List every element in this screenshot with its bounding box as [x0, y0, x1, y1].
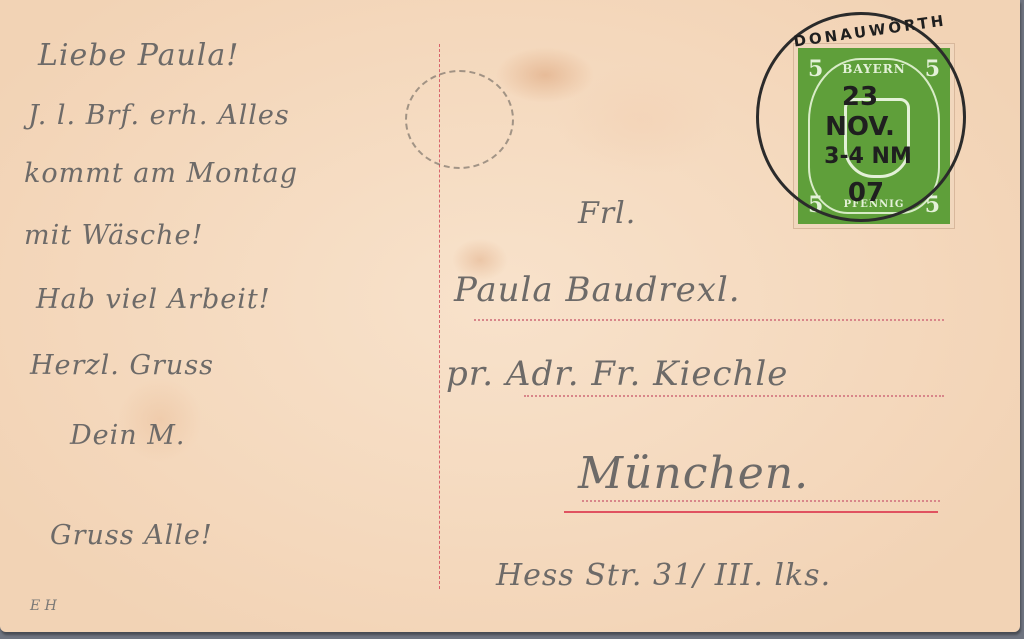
- postmark-time: 3-4 NM: [808, 144, 928, 169]
- message-line-1: Liebe Paula!: [38, 38, 239, 73]
- address-salutation: Frl.: [578, 196, 636, 231]
- postmark-year: 07: [836, 178, 896, 208]
- address-street: Hess Str. 31/ III. lks.: [496, 558, 831, 593]
- message-line-4: mit Wäsche!: [24, 220, 203, 251]
- publisher-mark: E H: [30, 598, 57, 614]
- message-line-3: kommt am Montag: [24, 158, 298, 189]
- address-name: Paula Baudrexl.: [454, 270, 741, 310]
- message-line-5: Hab viel Arbeit!: [36, 284, 271, 315]
- message-line-7: Dein M.: [70, 420, 185, 451]
- address-care-of: pr. Adr. Fr. Kiechle: [446, 354, 788, 394]
- postmark-month: NOV.: [810, 112, 910, 142]
- city-underline: [564, 511, 938, 513]
- message-line-8: Gruss Alle!: [50, 520, 213, 551]
- address-line-1: [474, 319, 944, 321]
- ghost-postmark: [405, 70, 514, 169]
- message-line-6: Herzl. Gruss: [30, 350, 214, 381]
- address-line-3: [582, 500, 940, 502]
- postmark-day: 23: [820, 82, 900, 112]
- address-city: München.: [578, 448, 809, 499]
- address-line-2: [524, 395, 944, 397]
- message-line-2: J. l. Brf. erh. Alles: [28, 100, 290, 131]
- postcard-back: Liebe Paula! J. l. Brf. erh. Alles kommt…: [0, 0, 1020, 632]
